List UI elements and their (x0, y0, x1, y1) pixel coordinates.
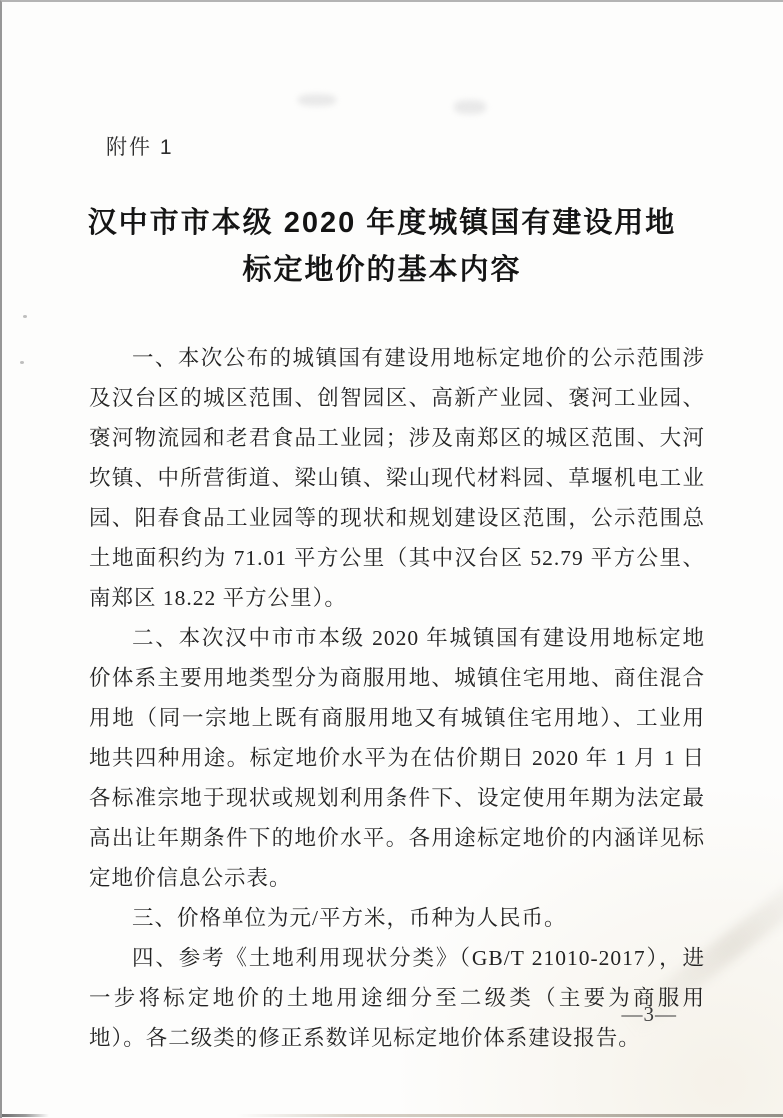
document-title-line-2: 标定地价的基本内容 (242, 254, 521, 286)
paragraph-2: 二、本次汉中市市本级 2020 年城镇国有建设用地标定地价体系主要用地类型分为商… (89, 618, 705, 898)
scan-speck (23, 315, 27, 318)
scan-smudge (454, 100, 486, 114)
scanned-document-page: 附件 1 汉中市市本级 2020 年度城镇国有建设用地 标定地价的基本内容 一、… (0, 0, 783, 1118)
paragraph-3: 三、价格单位为元/平方米，币种为人民币。 (89, 898, 705, 938)
document-title-line-1: 汉中市市本级 2020 年度城镇国有建设用地 (88, 207, 677, 239)
scan-smudge (298, 94, 336, 106)
paragraph-1: 一、本次公布的城镇国有建设用地标定地价的公示范围涉及汉台区的城区范围、创智园区、… (89, 338, 705, 618)
document-title: 汉中市市本级 2020 年度城镇国有建设用地 标定地价的基本内容 (62, 200, 702, 294)
attachment-label: 附件 1 (106, 131, 174, 161)
scan-bottom-edge (2, 1114, 783, 1117)
paragraph-4: 四、参考《土地利用现状分类》（GB/T 21010-2017），进一步将标定地价… (89, 938, 705, 1058)
page-number: —3— (622, 1002, 678, 1027)
document-body: 一、本次公布的城镇国有建设用地标定地价的公示范围涉及汉台区的城区范围、创智园区、… (89, 338, 705, 1058)
scan-speck (20, 361, 24, 364)
